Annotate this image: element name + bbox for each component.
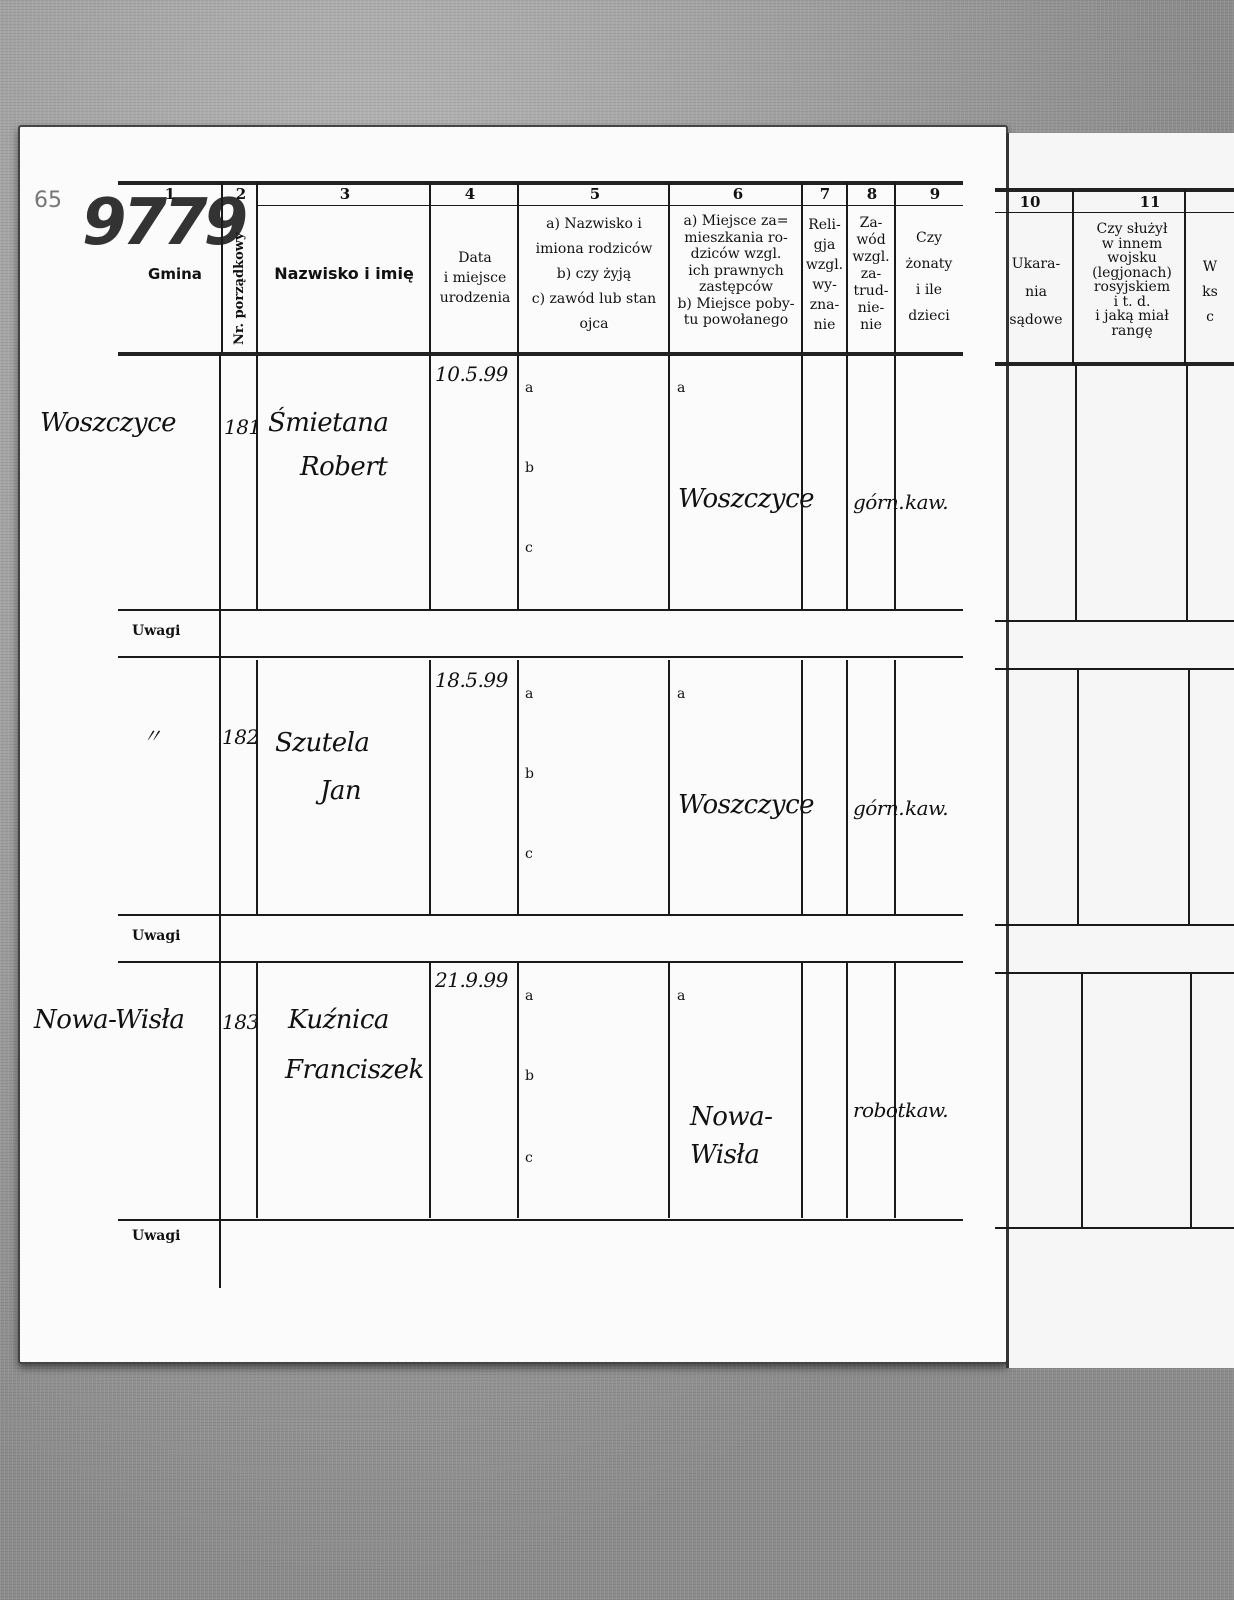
header-divider [517,183,519,353]
header-divider [801,183,803,353]
col-number-7: 7 [810,185,840,203]
col-number-2: 2 [228,185,254,203]
right-row-divider [1190,974,1192,1229]
header-top-rule-right [995,188,1234,192]
col-number-4: 4 [450,185,490,203]
sub-label-c: c [525,540,533,556]
record-3-gmina: Nowa-Wisła [34,1005,184,1035]
row-divider [894,355,896,610]
record-bottom-rule [118,1219,963,1221]
record-3-surname: Kuźnica [288,1005,389,1035]
header-bottom-rule-right [995,362,1234,366]
row-divider [801,355,803,610]
remarks-label: Uwagi [132,623,180,639]
header-religja: Reli- gja wzgl. wy- zna- nie [803,215,846,335]
record-2-marital: kaw. [905,796,948,820]
row-divider [846,355,848,610]
record-1-residence: Woszczyce [678,484,814,514]
header-sluzba-wojsko: Czy służył w innem wojsku (legjonach) ro… [1078,222,1186,338]
col-number-9: 9 [920,185,950,203]
record-2-gmina-ditto: 〃 [142,720,162,749]
right-record-rule [995,972,1234,974]
sub-label-a: a [525,988,533,1004]
gmina-divider [219,353,221,1288]
row-divider [801,660,803,915]
right-record-rule [995,924,1234,926]
row-divider [517,355,519,610]
record-1-marital: kaw. [905,490,948,514]
row-divider [429,660,431,915]
row-divider [256,355,258,610]
record-2-residence: Woszczyce [678,790,814,820]
record-bottom-rule [118,609,963,611]
row-divider [668,963,670,1218]
pencil-page-note: 65 [34,188,62,213]
row-divider [517,660,519,915]
header-divider [1184,190,1186,365]
header-divider [894,183,896,353]
sub-label-b: b [525,766,534,782]
header-divider [1072,190,1074,365]
record-2-surname: Szutela [275,728,369,758]
col-number-5: 5 [575,185,615,203]
header-zonaty: Czy żonaty i ile dzieci [896,225,962,329]
record-1-occupation: górn. [853,490,904,514]
right-row-divider [1077,670,1079,925]
remarks-label: Uwagi [132,1228,180,1244]
header-col12-partial: W ks c [1190,255,1230,330]
sub-label-a: a [525,686,533,702]
row-divider [668,660,670,915]
record-1-birth-date: 10.5.99 [435,362,508,386]
header-gmina: Gmina [140,266,210,282]
sub-label-a: a [677,988,685,1004]
row-divider [429,355,431,610]
record-3-given-name: Franciszek [285,1055,424,1085]
header-nr-porzadkowy: Nr. porządkowy [232,210,247,345]
header-ukarania: Ukara- nia sądowe [997,250,1075,334]
right-row-divider [1188,670,1190,925]
col-number-1: 1 [150,185,190,203]
record-3-occupation: robot. [853,1098,911,1122]
record-3-marital: kaw. [905,1098,948,1122]
col-number-6: 6 [718,185,758,203]
right-record-rule [995,668,1234,670]
right-record-rule [995,620,1234,622]
record-1-surname: Śmietana [268,408,388,438]
right-row-divider [1081,974,1083,1229]
col-number-10: 10 [1010,193,1050,211]
header-miejsce-zamieszkania: a) Miejsce za= mieszkania ro- dziców wzg… [671,213,801,329]
row-divider [894,963,896,1218]
record-2-occupation: górn. [853,796,904,820]
header-nazwisko-imie: Nazwisko i imię [262,266,426,282]
record-2-birth-date: 18.5.99 [435,668,508,692]
record-2-nr: 182 [222,725,259,749]
remarks-bottom-rule [118,961,963,963]
remarks-bottom-rule [118,656,963,658]
row-divider [256,660,258,915]
record-3-nr: 183 [222,1010,259,1034]
row-divider [846,660,848,915]
header-divider [429,183,431,353]
col-number-3: 3 [325,185,365,203]
record-1-given-name: Robert [300,452,387,482]
header-data-urodzenia: Data i miejsce urodzenia [433,248,517,308]
sub-label-a: a [525,380,533,396]
header-bottom-rule [118,352,963,356]
row-divider [429,963,431,1218]
number-row-rule-right [995,212,1234,213]
header-zawod: Za- wód wzgl. za- trud- nie- nie [848,215,894,334]
sub-label-c: c [525,846,533,862]
record-2-given-name: Jan [320,776,361,806]
remarks-label: Uwagi [132,928,180,944]
row-divider [256,963,258,1218]
row-divider [517,963,519,1218]
header-divider [256,183,258,353]
col-number-8: 8 [857,185,887,203]
sub-label-c: c [525,1150,533,1166]
right-row-divider [1186,365,1188,620]
col-number-11: 11 [1130,193,1170,211]
header-divider [221,183,223,353]
record-3-residence: Nowa- Wisła [690,1098,772,1174]
row-divider [668,355,670,610]
row-divider [801,963,803,1218]
record-3-birth-date: 21.9.99 [435,968,508,992]
header-divider [846,183,848,353]
sub-label-a: a [677,686,685,702]
number-row-rule [258,205,963,206]
sub-label-a: a [677,380,685,396]
record-1-gmina: Woszczyce [40,408,176,438]
sub-label-b: b [525,1068,534,1084]
record-1-nr: 181 [224,415,261,439]
sub-label-b: b [525,460,534,476]
row-divider [846,963,848,1218]
right-record-rule [995,1227,1234,1229]
record-bottom-rule [118,914,963,916]
right-row-divider [1075,365,1077,620]
header-rodzice: a) Nazwisko i imiona rodziców b) czy żyj… [520,212,668,337]
header-divider [668,183,670,353]
row-divider [894,660,896,915]
